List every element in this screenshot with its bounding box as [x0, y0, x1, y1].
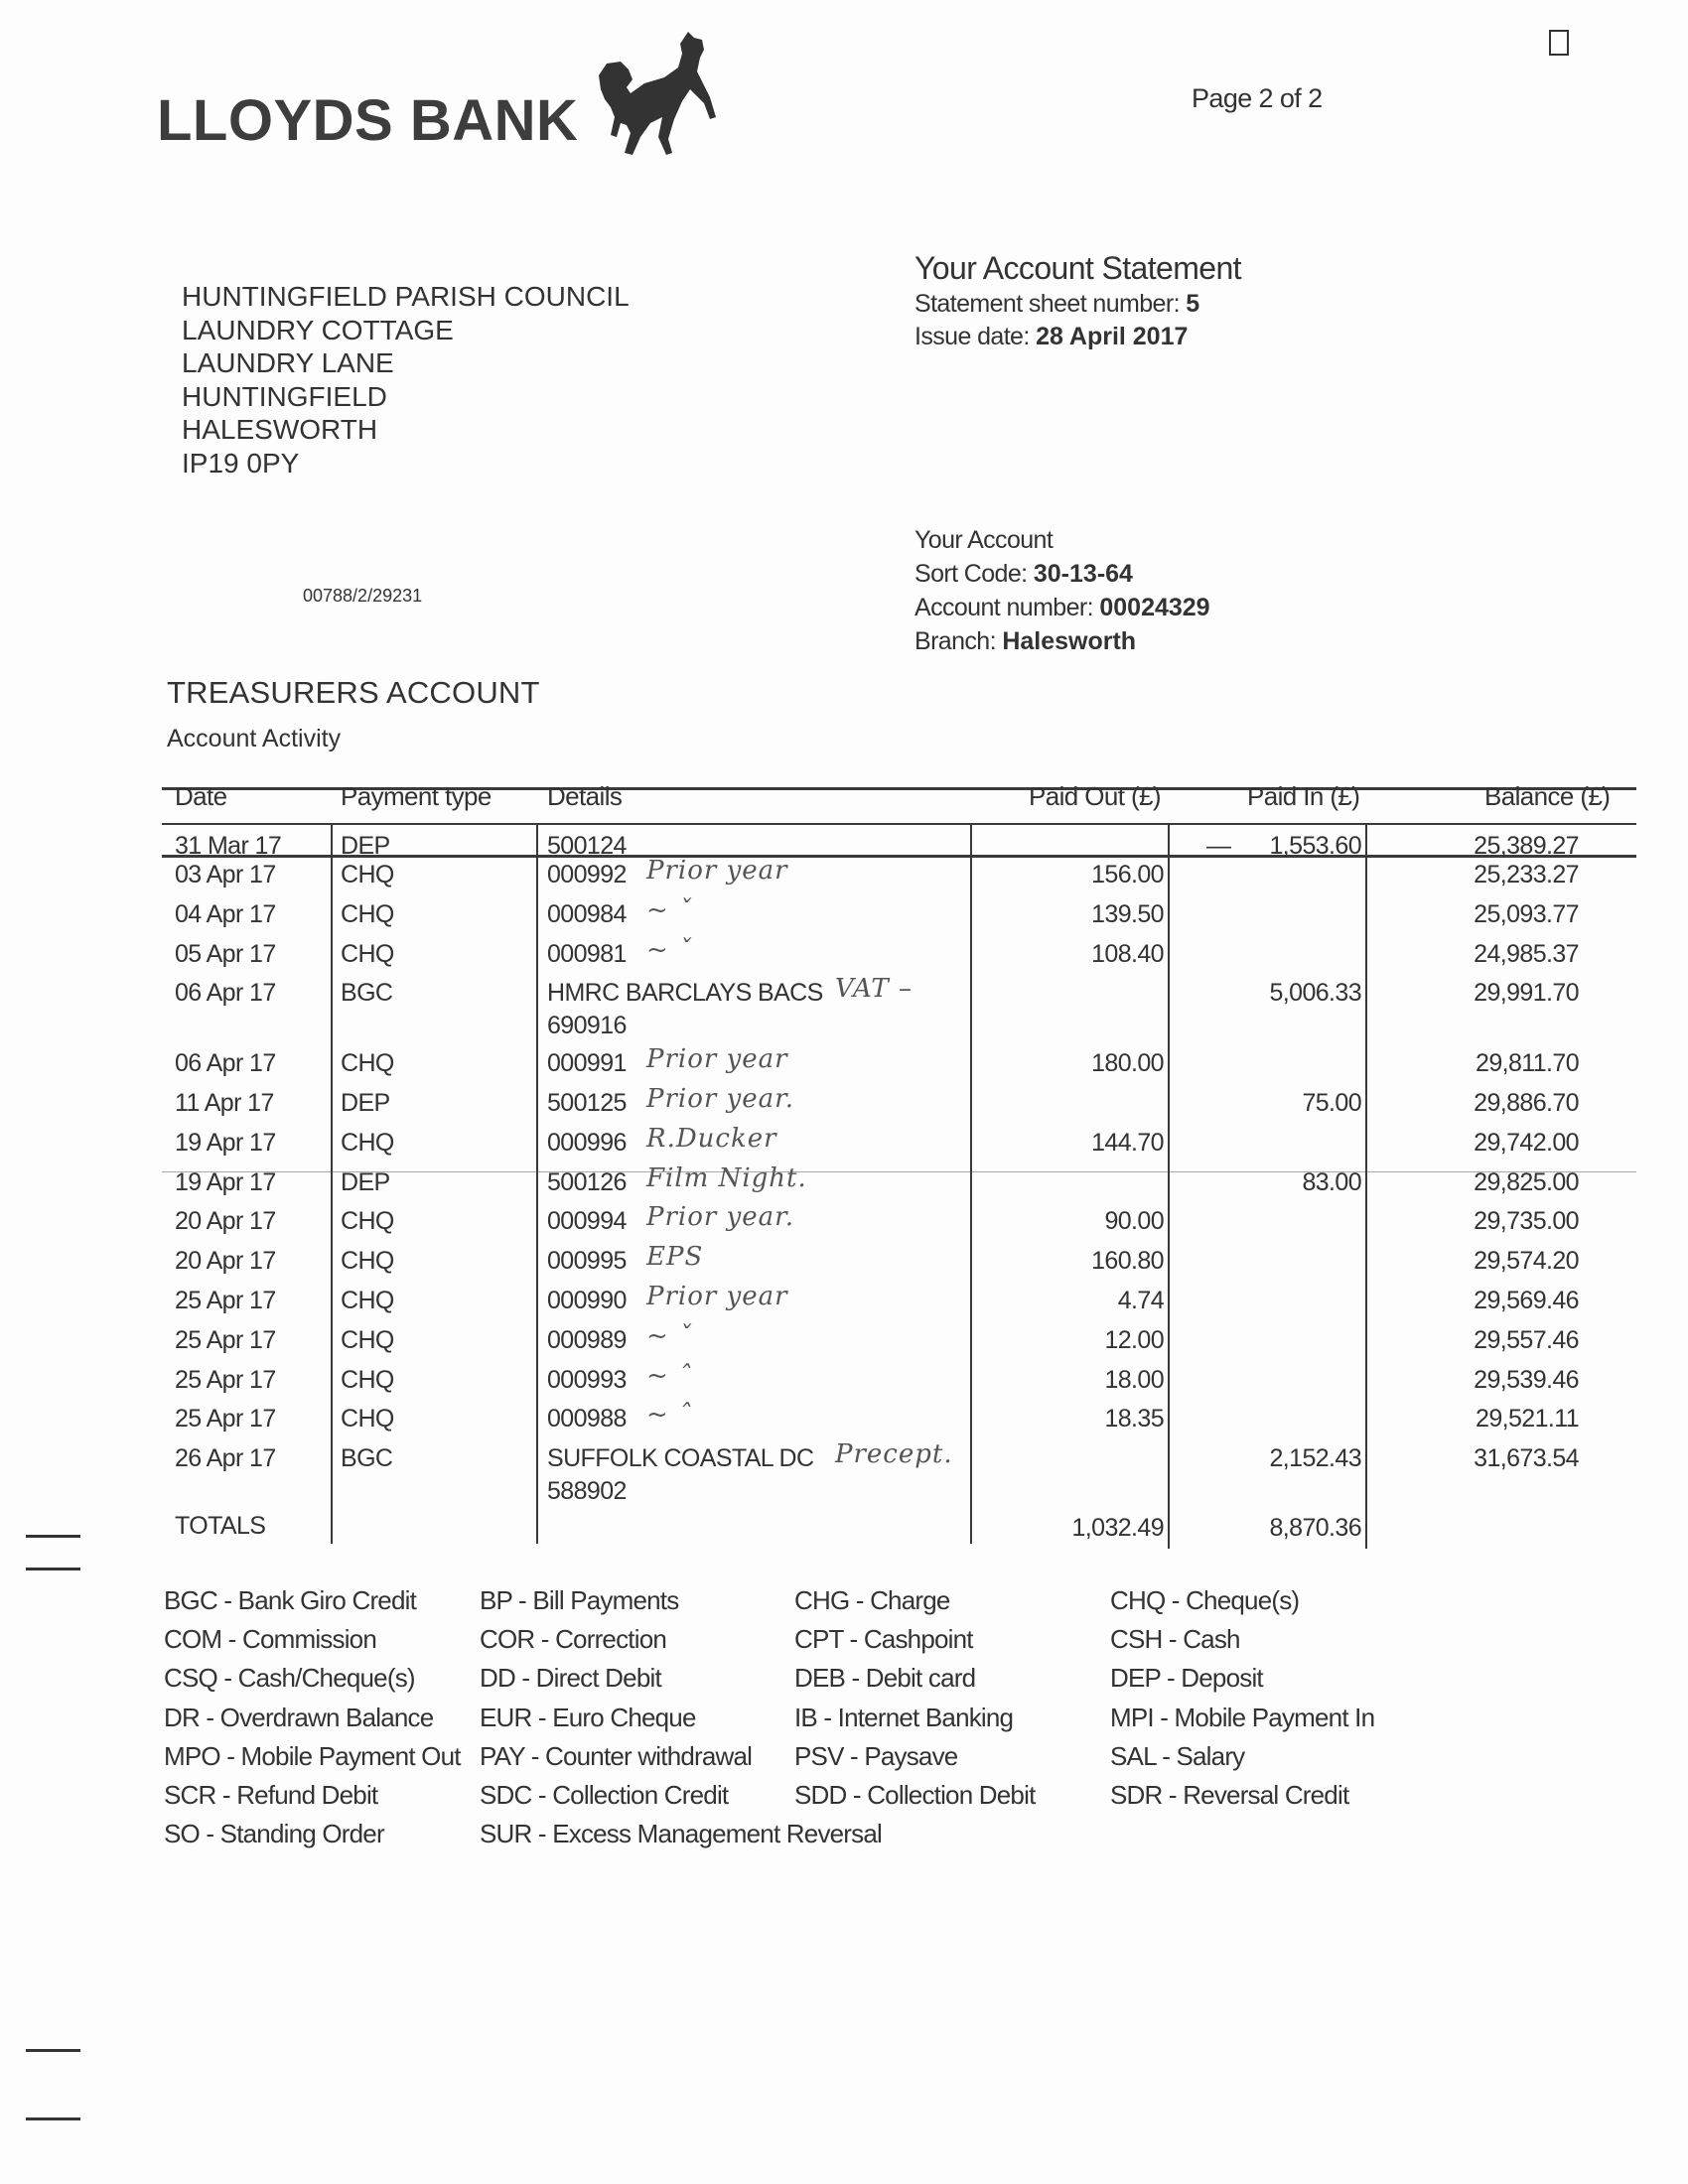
- row-payment-type: DEP: [341, 1088, 390, 1118]
- header-bottom-rule: [162, 823, 1636, 825]
- address-line: HUNTINGFIELD: [182, 380, 630, 414]
- recipient-address: HUNTINGFIELD PARISH COUNCIL LAUNDRY COTT…: [182, 280, 630, 479]
- handwritten-note: VAT –: [835, 974, 913, 1004]
- page-indicator: Page 2 of 2: [1192, 83, 1323, 114]
- row-paid-in: 83.00: [1163, 1167, 1361, 1197]
- legend-item: CPT - Cashpoint: [794, 1624, 973, 1655]
- handwritten-note: ~ ˆ: [646, 1400, 692, 1430]
- row-paid-in: 2,152.43: [1163, 1443, 1361, 1473]
- row-details: 000984: [547, 899, 627, 929]
- row-balance: 29,811.70: [1380, 1048, 1579, 1078]
- your-account-title: Your Account: [914, 526, 1053, 555]
- row-date: 25 Apr 17: [175, 1286, 276, 1315]
- column-divider: [331, 824, 333, 1544]
- row-balance: 29,742.00: [1380, 1128, 1579, 1158]
- handwritten-note: ~ ˇ: [646, 935, 692, 965]
- row-date: 19 Apr 17: [175, 1128, 276, 1158]
- legend-item: MPI - Mobile Payment In: [1110, 1703, 1374, 1733]
- margin-mark: [26, 2117, 80, 2120]
- row-details-line2: 690916: [547, 1011, 627, 1040]
- row-paid-in: 5,006.33: [1163, 978, 1361, 1008]
- row-details: 000981: [547, 939, 627, 969]
- row-date: 03 Apr 17: [175, 860, 276, 889]
- row-balance: 29,735.00: [1380, 1206, 1579, 1236]
- row-balance: 31,673.54: [1380, 1443, 1579, 1473]
- handwritten-note: Prior year.: [646, 1084, 794, 1114]
- margin-mark: [26, 1568, 80, 1570]
- row-payment-type: CHQ: [341, 1286, 394, 1315]
- row-date: 06 Apr 17: [175, 978, 276, 1008]
- legend-item: SDD - Collection Debit: [794, 1780, 1036, 1811]
- address-line: HUNTINGFIELD PARISH COUNCIL: [182, 280, 630, 314]
- row-date: 25 Apr 17: [175, 1404, 276, 1433]
- row-date: 31 Mar 17: [175, 831, 281, 861]
- handwritten-note: ~ ˆ: [646, 1361, 692, 1391]
- row-payment-type: CHQ: [341, 1404, 394, 1433]
- row-details: 500125: [547, 1088, 627, 1118]
- row-payment-type: CHQ: [341, 860, 394, 889]
- row-payment-type: CHQ: [341, 939, 394, 969]
- row-balance: 29,991.70: [1380, 978, 1579, 1008]
- row-details: HMRC BARCLAYS BACS: [547, 978, 823, 1008]
- account-number-value: 00024329: [1099, 594, 1209, 621]
- document-mark-icon: [1549, 30, 1569, 56]
- row-balance: 29,521.11: [1380, 1404, 1579, 1433]
- issue-date-value: 28 April 2017: [1036, 323, 1188, 350]
- row-details-line2: 588902: [547, 1476, 627, 1506]
- sort-code-label: Sort Code:: [914, 560, 1028, 588]
- row-details: 000988: [547, 1404, 627, 1433]
- column-header-details: Details: [547, 781, 622, 812]
- column-header-payment-type: Payment type: [341, 781, 492, 812]
- legend-item: BGC - Bank Giro Credit: [164, 1585, 416, 1616]
- legend-item: DR - Overdrawn Balance: [164, 1703, 433, 1733]
- legend-item: CSH - Cash: [1110, 1624, 1240, 1655]
- statement-title: Your Account Statement: [914, 250, 1241, 287]
- address-line: IP19 0PY: [182, 447, 630, 480]
- row-payment-type: CHQ: [341, 1048, 394, 1078]
- sort-code-value: 30-13-64: [1034, 560, 1133, 588]
- account-activity-heading: Account Activity: [167, 725, 341, 753]
- row-payment-type: CHQ: [341, 1365, 394, 1395]
- legend-item: BP - Bill Payments: [480, 1585, 678, 1616]
- legend-item: MPO - Mobile Payment Out: [164, 1741, 461, 1772]
- handwritten-note: EPS: [646, 1242, 703, 1272]
- column-header-date: Date: [175, 781, 227, 812]
- black-horse-icon: [571, 28, 720, 162]
- row-balance: 29,886.70: [1380, 1088, 1579, 1118]
- sheet-number-label: Statement sheet number:: [914, 290, 1180, 318]
- statement-sheet-number: Statement sheet number: 5: [914, 290, 1199, 319]
- row-details: 500126: [547, 1167, 627, 1197]
- row-date: 20 Apr 17: [175, 1246, 276, 1276]
- row-details: 000994: [547, 1206, 627, 1236]
- totals-label: TOTALS: [175, 1511, 265, 1541]
- row-balance: 29,574.20: [1380, 1246, 1579, 1276]
- handwritten-note: Prior year.: [646, 1202, 794, 1232]
- legend-item: CSQ - Cash/Cheque(s): [164, 1663, 415, 1694]
- row-paid-out: 90.00: [965, 1206, 1164, 1236]
- row-paid-out: 156.00: [965, 860, 1164, 889]
- column-header-paid-in: Paid In (£): [1247, 781, 1359, 812]
- address-line: HALESWORTH: [182, 413, 630, 447]
- bank-logo-text: LLOYDS BANK: [157, 87, 578, 154]
- total-paid-in: 8,870.36: [1163, 1513, 1361, 1543]
- row-payment-type: CHQ: [341, 1246, 394, 1276]
- row-paid-out: 18.35: [965, 1404, 1164, 1433]
- row-details: 000995: [547, 1246, 627, 1276]
- legend-item: SDC - Collection Credit: [480, 1780, 728, 1811]
- column-header-paid-out: Paid Out (£): [1029, 781, 1161, 812]
- row-details: 500124: [547, 831, 627, 861]
- row-date: 25 Apr 17: [175, 1365, 276, 1395]
- row-balance: 29,569.46: [1380, 1286, 1579, 1315]
- account-name-heading: TREASURERS ACCOUNT: [167, 675, 540, 711]
- margin-mark: [26, 1535, 80, 1538]
- row-payment-type: CHQ: [341, 1325, 394, 1355]
- total-paid-out: 1,032.49: [965, 1513, 1164, 1543]
- sheet-number-value: 5: [1186, 290, 1199, 318]
- account-number: Account number: 00024329: [914, 594, 1210, 622]
- document-reference: 00788/2/29231: [303, 586, 422, 607]
- column-divider: [536, 824, 538, 1544]
- issue-date-label: Issue date:: [914, 323, 1030, 350]
- legend-item: EUR - Euro Cheque: [480, 1703, 696, 1733]
- row-paid-out: 144.70: [965, 1128, 1164, 1158]
- row-date: 05 Apr 17: [175, 939, 276, 969]
- legend-item: CHG - Charge: [794, 1585, 950, 1616]
- row-payment-type: BGC: [341, 1443, 392, 1473]
- column-header-balance: Balance (£): [1484, 781, 1610, 812]
- column-divider: [970, 824, 972, 1544]
- row-paid-out: 12.00: [965, 1325, 1164, 1355]
- row-details: 000993: [547, 1365, 627, 1395]
- row-payment-type: CHQ: [341, 899, 394, 929]
- row-payment-type: DEP: [341, 831, 390, 861]
- row-balance: 29,825.00: [1380, 1167, 1579, 1197]
- row-date: 26 Apr 17: [175, 1443, 276, 1473]
- column-divider: [1365, 824, 1367, 1549]
- legend-item: DEP - Deposit: [1110, 1663, 1263, 1694]
- row-date: 20 Apr 17: [175, 1206, 276, 1236]
- row-balance: 29,539.46: [1380, 1365, 1579, 1395]
- handwritten-note: Prior year: [646, 1044, 788, 1074]
- row-paid-out: 180.00: [965, 1048, 1164, 1078]
- row-payment-type: CHQ: [341, 1206, 394, 1236]
- legend-item: SCR - Refund Debit: [164, 1780, 377, 1811]
- legend-item: SAL - Salary: [1110, 1741, 1244, 1772]
- branch: Branch: Halesworth: [914, 627, 1136, 656]
- sort-code: Sort Code: 30-13-64: [914, 560, 1133, 589]
- row-paid-out: 139.50: [965, 899, 1164, 929]
- address-line: LAUNDRY LANE: [182, 346, 630, 380]
- row-details: 000996: [547, 1128, 627, 1158]
- legend-item: COM - Commission: [164, 1624, 376, 1655]
- branch-label: Branch:: [914, 627, 996, 655]
- row-date: 19 Apr 17: [175, 1167, 276, 1197]
- margin-mark: [26, 2049, 80, 2052]
- row-details: 000992: [547, 860, 627, 889]
- row-paid-out: 18.00: [965, 1365, 1164, 1395]
- branch-value: Halesworth: [1002, 627, 1136, 655]
- row-date: 25 Apr 17: [175, 1325, 276, 1355]
- row-balance: 25,233.27: [1380, 860, 1579, 889]
- legend-item: COR - Correction: [480, 1624, 666, 1655]
- row-paid-out: 108.40: [965, 939, 1164, 969]
- legend-item: PAY - Counter withdrawal: [480, 1741, 752, 1772]
- row-payment-type: DEP: [341, 1167, 390, 1197]
- handwritten-note: Prior year: [646, 1282, 788, 1311]
- handwritten-note: Prior year: [646, 856, 788, 886]
- tick-mark: —: [1206, 831, 1230, 861]
- account-number-label: Account number:: [914, 594, 1093, 621]
- legend-item: SUR - Excess Management Reversal: [480, 1819, 882, 1849]
- row-balance: 24,985.37: [1380, 939, 1579, 969]
- row-details: 000989: [547, 1325, 627, 1355]
- row-date: 06 Apr 17: [175, 1048, 276, 1078]
- legend-item: DD - Direct Debit: [480, 1663, 661, 1694]
- row-paid-out: 4.74: [965, 1286, 1164, 1315]
- handwritten-note: R.Ducker: [646, 1124, 777, 1154]
- legend-item: SDR - Reversal Credit: [1110, 1780, 1348, 1811]
- legend-item: SO - Standing Order: [164, 1819, 384, 1849]
- row-details: SUFFOLK COASTAL DC: [547, 1443, 813, 1473]
- statement-issue-date: Issue date: 28 April 2017: [914, 323, 1188, 351]
- row-paid-out: 160.80: [965, 1246, 1164, 1276]
- row-paid-in: 75.00: [1163, 1088, 1361, 1118]
- handwritten-note: Film Night.: [646, 1163, 807, 1193]
- row-details: 000990: [547, 1286, 627, 1315]
- row-balance: 25,389.27: [1380, 831, 1579, 861]
- row-balance: 25,093.77: [1380, 899, 1579, 929]
- row-details: 000991: [547, 1048, 627, 1078]
- address-line: LAUNDRY COTTAGE: [182, 314, 630, 347]
- legend-item: CHQ - Cheque(s): [1110, 1585, 1299, 1616]
- handwritten-note: ~ ˇ: [646, 895, 692, 925]
- legend-item: PSV - Paysave: [794, 1741, 957, 1772]
- handwritten-note: ~ ˇ: [646, 1321, 692, 1351]
- legend-item: DEB - Debit card: [794, 1663, 975, 1694]
- row-date: 11 Apr 17: [175, 1088, 274, 1118]
- legend-item: IB - Internet Banking: [794, 1703, 1013, 1733]
- row-payment-type: BGC: [341, 978, 392, 1008]
- handwritten-note: Precept.: [835, 1439, 953, 1469]
- row-payment-type: CHQ: [341, 1128, 394, 1158]
- row-date: 04 Apr 17: [175, 899, 276, 929]
- row-paid-in: 1,553.60: [1163, 831, 1361, 861]
- row-balance: 29,557.46: [1380, 1325, 1579, 1355]
